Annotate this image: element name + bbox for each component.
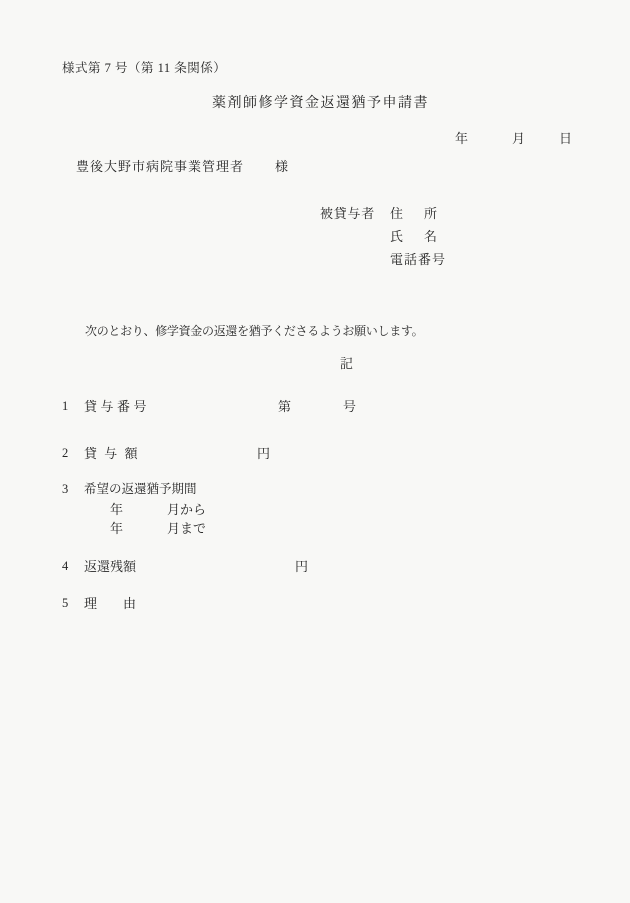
item-5-label: 理 由 — [84, 596, 136, 612]
item-1-number: 1 — [62, 399, 68, 414]
ki-heading: 記 — [340, 356, 353, 372]
item-2-unit: 円 — [257, 446, 270, 462]
borrower-name-label-part1: 氏 — [390, 229, 403, 245]
item-3-label: 希望の返還猶予期間 — [84, 482, 197, 497]
period-from-year-label: 年 — [110, 502, 123, 518]
borrower-section-label: 被貸与者 — [320, 206, 375, 222]
date-month-label: 月 — [512, 131, 525, 147]
borrower-address-label-part2: 所 — [424, 206, 437, 222]
item-2-number: 2 — [62, 446, 68, 461]
item-4-label: 返還残額 — [84, 559, 136, 575]
form-number: 様式第 7 号（第 11 条関係） — [62, 61, 226, 76]
item-1-field-suffix: 号 — [343, 399, 356, 415]
period-from-month-label: 月から — [167, 502, 206, 518]
addressee-honorific: 様 — [275, 159, 288, 175]
borrower-name-label: 氏 名 — [390, 229, 437, 245]
borrower-name-label-part2: 名 — [424, 229, 437, 245]
borrower-phone-label: 電話番号 — [390, 252, 446, 268]
item-4-unit: 円 — [295, 559, 308, 575]
borrower-address-label: 住 所 — [390, 206, 437, 222]
addressee-name: 豊後大野市病院事業管理者 — [76, 159, 244, 175]
item-5-number: 5 — [62, 596, 68, 611]
request-sentence: 次のとおり、修学資金の返還を猶予くださるようお願いします。 — [85, 324, 423, 338]
item-3-number: 3 — [62, 482, 68, 497]
date-day-label: 日 — [559, 131, 572, 147]
date-year-label: 年 — [455, 131, 468, 147]
item-1-label: 貸与番号 — [84, 399, 150, 415]
item-1-field-prefix: 第 — [278, 399, 291, 415]
item-4-number: 4 — [62, 559, 68, 574]
period-to-year-label: 年 — [110, 521, 123, 537]
page-title: 薬剤師修学資金返還猶予申請書 — [212, 96, 429, 113]
borrower-address-label-part1: 住 — [390, 206, 403, 222]
item-2-label: 貸 与 額 — [84, 446, 140, 462]
period-to-month-label: 月まで — [167, 521, 206, 537]
document-page: 様式第 7 号（第 11 条関係） 薬剤師修学資金返還猶予申請書 年 月 日 豊… — [0, 0, 630, 903]
